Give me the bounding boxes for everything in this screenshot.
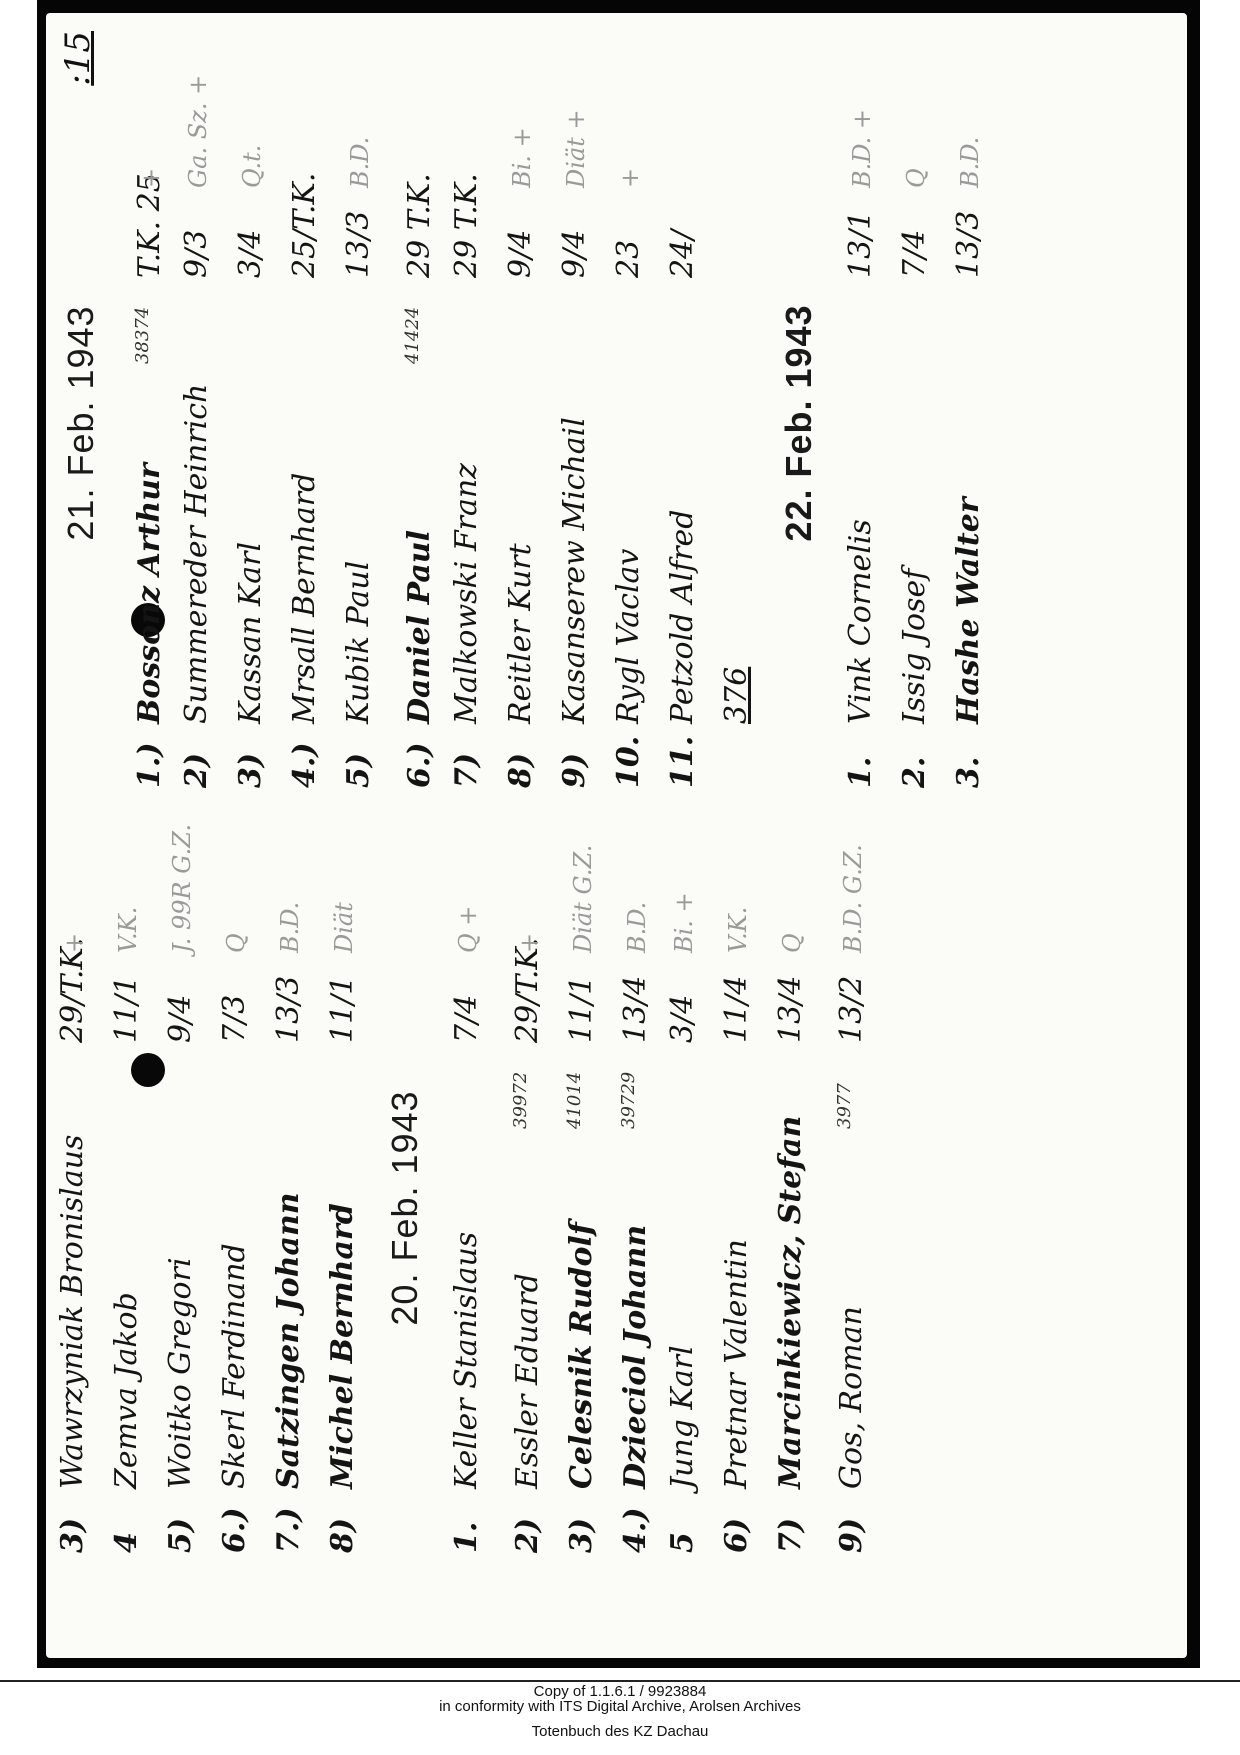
block-code: 13/4 xyxy=(764,953,818,1043)
person-name: Keller Stanislaus xyxy=(440,1129,494,1489)
entry-number: 2. xyxy=(888,724,942,788)
entry-number: 6.) xyxy=(208,1489,262,1553)
entry-number: 6.) xyxy=(393,724,447,788)
annotation: Q xyxy=(209,933,263,953)
block-code: 29/T.K. xyxy=(501,953,555,1043)
person-name: Marcinkiewicz, Stefan xyxy=(764,1129,818,1489)
person-name: Bossonz Arthur xyxy=(123,364,177,724)
annotation: Q + xyxy=(441,906,495,953)
date-header: 20. Feb. 1943 xyxy=(370,863,440,1553)
person-name: Petzold Alfred xyxy=(656,364,710,724)
entries-22-feb: 1.Vink Cornelis13/1B.D. +2.Issig Josef7/… xyxy=(834,58,996,788)
entry-number: 1.) xyxy=(123,724,177,788)
block-code: T.K. 25 xyxy=(123,188,177,278)
block-code: 9/4 xyxy=(154,953,208,1043)
person-name: Vink Cornelis xyxy=(834,364,888,724)
annotation: + xyxy=(47,933,101,953)
entry-number: 4.) xyxy=(278,724,332,788)
register-entry: 4.)Mrsall Bernhard25/T.K. xyxy=(278,58,332,788)
register-entry: 7.)Satzingen Johann13/3B.D. xyxy=(262,863,316,1553)
block-code: 13/4 xyxy=(609,953,663,1043)
person-name: Rygl Vaclav xyxy=(602,364,656,724)
annotation: B.D. xyxy=(943,137,997,188)
register-column-left: 3)Wawrzyniak Bronislaus29/T.K.+4Zemva Ja… xyxy=(46,863,872,1553)
block-code: 9/4 xyxy=(548,188,602,278)
tally-count: 376 xyxy=(710,364,764,724)
register-entry: 8)Reitler Kurt9/4Bi. + xyxy=(494,58,548,788)
annotation: B.D. + xyxy=(835,109,889,188)
entry-number: 5) xyxy=(332,724,386,788)
entry-number: 2) xyxy=(501,1489,555,1553)
block-code: 24/ xyxy=(656,188,710,278)
register-entry: 6.)Skerl Ferdinand7/3Q xyxy=(208,863,262,1553)
register-entry: 3.Hashe Walter13/3B.D. xyxy=(942,58,996,788)
person-name: Hashe Walter xyxy=(942,364,996,724)
annotation: Bi. + xyxy=(495,127,549,188)
block-code: 7/4 xyxy=(888,188,942,278)
entry-number: 8) xyxy=(494,724,548,788)
register-entry: 11.Petzold Alfred24/ xyxy=(656,58,710,788)
entry-number: 1. xyxy=(440,1489,494,1553)
entry-number: 10. xyxy=(602,724,656,788)
person-name: Gos, Roman xyxy=(825,1129,879,1489)
prisoner-number: 41014 xyxy=(548,1043,602,1129)
entry-number: 9) xyxy=(825,1489,879,1553)
entry-number: 5) xyxy=(154,1489,208,1553)
archive-footer: Copy of 1.1.6.1 / 9923884 in conformity … xyxy=(0,1684,1240,1739)
person-name: Pretnar Valentin xyxy=(710,1129,764,1489)
person-name: Essler Eduard xyxy=(501,1129,555,1489)
person-name: Kubik Paul xyxy=(332,364,386,724)
person-name: Jung Karl xyxy=(656,1129,710,1489)
register-entry: 4.)Dzieciol Johann3972913/4B.D. xyxy=(602,863,656,1553)
block-code: 7/3 xyxy=(208,953,262,1043)
block-code: 11/4 xyxy=(710,953,764,1043)
conformity-note: in conformity with ITS Digital Archive, … xyxy=(439,1698,801,1715)
person-name: Satzingen Johann xyxy=(262,1129,316,1489)
date-header: 22. Feb. 1943 xyxy=(764,58,834,788)
entry-number: 8) xyxy=(316,1489,370,1553)
register-entry: 3)Kassan Karl3/4Q.t. xyxy=(224,58,278,788)
tally-line: 376 xyxy=(710,58,764,788)
entry-number: 7) xyxy=(440,724,494,788)
entry-number: 3) xyxy=(46,1489,100,1553)
annotation: + xyxy=(603,168,657,188)
document-title: Totenbuch des KZ Dachau xyxy=(0,1724,1240,1739)
entry-number: 3) xyxy=(555,1489,609,1553)
person-name: Skerl Ferdinand xyxy=(208,1129,262,1489)
annotation: Q.t. xyxy=(225,145,279,188)
annotation: B.D. xyxy=(263,902,317,953)
annotation: Q xyxy=(889,168,943,188)
block-code: 13/2 xyxy=(825,953,879,1043)
block-code: 11/1 xyxy=(555,953,609,1043)
entry-number: 4 xyxy=(100,1489,154,1553)
annotation: V.K. xyxy=(711,907,765,953)
continued-entries: 3)Wawrzyniak Bronislaus29/T.K.+4Zemva Ja… xyxy=(46,863,370,1553)
person-name: Mrsall Bernhard xyxy=(278,364,332,724)
entry-number: 1. xyxy=(834,724,888,788)
entries-21-feb: 1.)Bossonz Arthur38374T.K. 25+2)Summered… xyxy=(116,58,710,788)
annotation: Diät xyxy=(317,902,371,953)
person-name: Michel Bernhard xyxy=(316,1129,370,1489)
register-entry: 9)Gos, Roman397713/2B.D. G.Z. xyxy=(818,863,872,1553)
entry-number: 5 xyxy=(656,1489,710,1553)
prisoner-number: 38374 xyxy=(116,278,170,364)
block-code: 13/3 xyxy=(262,953,316,1043)
register-entry: 2.Issig Josef7/4Q xyxy=(888,58,942,788)
footer-separator xyxy=(0,1680,1240,1682)
person-name: Wawrzyniak Bronislaus xyxy=(46,1129,100,1489)
block-code: 9/4 xyxy=(494,188,548,278)
prisoner-number: 39729 xyxy=(602,1043,656,1129)
person-name: Issig Josef xyxy=(888,364,942,724)
annotation: V.K. xyxy=(101,907,155,953)
register-entry: 5)Kubik Paul13/3B.D. xyxy=(332,58,386,788)
page-number: :15 xyxy=(58,31,98,86)
person-name: Kassan Karl xyxy=(224,364,278,724)
register-entry: 5Jung Karl3/4Bi. + xyxy=(656,863,710,1553)
entry-number: 9) xyxy=(548,724,602,788)
register-entry: 1.Keller Stanislaus7/4Q + xyxy=(440,863,494,1553)
annotation: Q xyxy=(765,933,819,953)
entry-number: 2) xyxy=(170,724,224,788)
block-code: 13/3 xyxy=(942,188,996,278)
block-code: 23 xyxy=(602,188,656,278)
block-code: 29/T.K. xyxy=(46,953,100,1043)
entries-20-feb: 1.Keller Stanislaus7/4Q +2)Essler Eduard… xyxy=(440,863,872,1553)
person-name: Zemva Jakob xyxy=(100,1129,154,1489)
prisoner-number: 3977 xyxy=(818,1043,872,1129)
block-code: 29 T.K. xyxy=(393,188,447,278)
register-entry: 1.Vink Cornelis13/1B.D. + xyxy=(834,58,888,788)
person-name: Summereder Heinrich xyxy=(170,364,224,724)
register-entry: 7)Malkowski Franz29 T.K. xyxy=(440,58,494,788)
block-code: 13/3 xyxy=(332,188,386,278)
block-code: 13/1 xyxy=(834,188,888,278)
entry-number: 3) xyxy=(224,724,278,788)
register-entry: 8)Michel Bernhard11/1Diät xyxy=(316,863,370,1553)
block-code: 11/1 xyxy=(316,953,370,1043)
person-name: Daniel Paul xyxy=(393,364,447,724)
register-entry: 2)Essler Eduard3997229/T.K.+ xyxy=(494,863,548,1553)
entry-number: 6) xyxy=(710,1489,764,1553)
block-code: 7/4 xyxy=(440,953,494,1043)
register-entry: 3)Celesnik Rudolf4101411/1Diät G.Z. xyxy=(548,863,602,1553)
register-entry: 1.)Bossonz Arthur38374T.K. 25+ xyxy=(116,58,170,788)
person-name: Kasanserew Michail xyxy=(548,364,602,724)
register-entry: 7)Marcinkiewicz, Stefan13/4Q xyxy=(764,863,818,1553)
entry-number: 7) xyxy=(764,1489,818,1553)
register-entry: 6.)Daniel Paul4142429 T.K. xyxy=(386,58,440,788)
prisoner-number: 39972 xyxy=(494,1043,548,1129)
register-rotated: 3)Wawrzyniak Bronislaus29/T.K.+4Zemva Ja… xyxy=(46,13,1187,1658)
block-code: 3/4 xyxy=(656,953,710,1043)
annotation: J. 99R G.Z. xyxy=(155,824,209,953)
person-name: Celesnik Rudolf xyxy=(555,1129,609,1489)
person-name: Malkowski Franz xyxy=(440,364,494,724)
block-code: 9/3 xyxy=(170,188,224,278)
annotation: Ga. Sz. + xyxy=(171,75,225,188)
annotation: B.D. xyxy=(333,137,387,188)
register-entry: 5)Woitko Gregori9/4J. 99R G.Z. xyxy=(154,863,208,1553)
person-name: Dzieciol Johann xyxy=(609,1129,663,1489)
annotation: Bi. + xyxy=(657,892,711,953)
annotation: Diät + xyxy=(549,109,603,188)
register-entry: 10.Rygl Vaclav23+ xyxy=(602,58,656,788)
register-entry: 9)Kasanserew Michail9/4Diät + xyxy=(548,58,602,788)
block-code: 11/1 xyxy=(100,953,154,1043)
person-name: Reitler Kurt xyxy=(494,364,548,724)
entry-number: 7.) xyxy=(262,1489,316,1553)
person-name: Woitko Gregori xyxy=(154,1129,208,1489)
block-code: 3/4 xyxy=(224,188,278,278)
entry-number: 11. xyxy=(656,724,710,788)
entry-number: 4.) xyxy=(609,1489,663,1553)
annotation: B.D. G.Z. xyxy=(826,844,880,953)
date-header: 21. Feb. 1943 xyxy=(46,58,116,788)
prisoner-number: 41424 xyxy=(386,278,440,364)
block-code: 29 T.K. xyxy=(440,188,494,278)
register-entry: 2)Summereder Heinrich9/3Ga. Sz. + xyxy=(170,58,224,788)
register-column-right: 21. Feb. 1943 1.)Bossonz Arthur38374T.K.… xyxy=(46,58,996,788)
register-entry: 4Zemva Jakob11/1V.K. xyxy=(100,863,154,1553)
entry-number: 3. xyxy=(942,724,996,788)
register-entry: 3)Wawrzyniak Bronislaus29/T.K.+ xyxy=(46,863,100,1553)
block-code: 25/T.K. xyxy=(278,188,332,278)
register-entry: 6)Pretnar Valentin11/4V.K. xyxy=(710,863,764,1553)
scanned-page: 3)Wawrzyniak Bronislaus29/T.K.+4Zemva Ja… xyxy=(46,13,1187,1658)
